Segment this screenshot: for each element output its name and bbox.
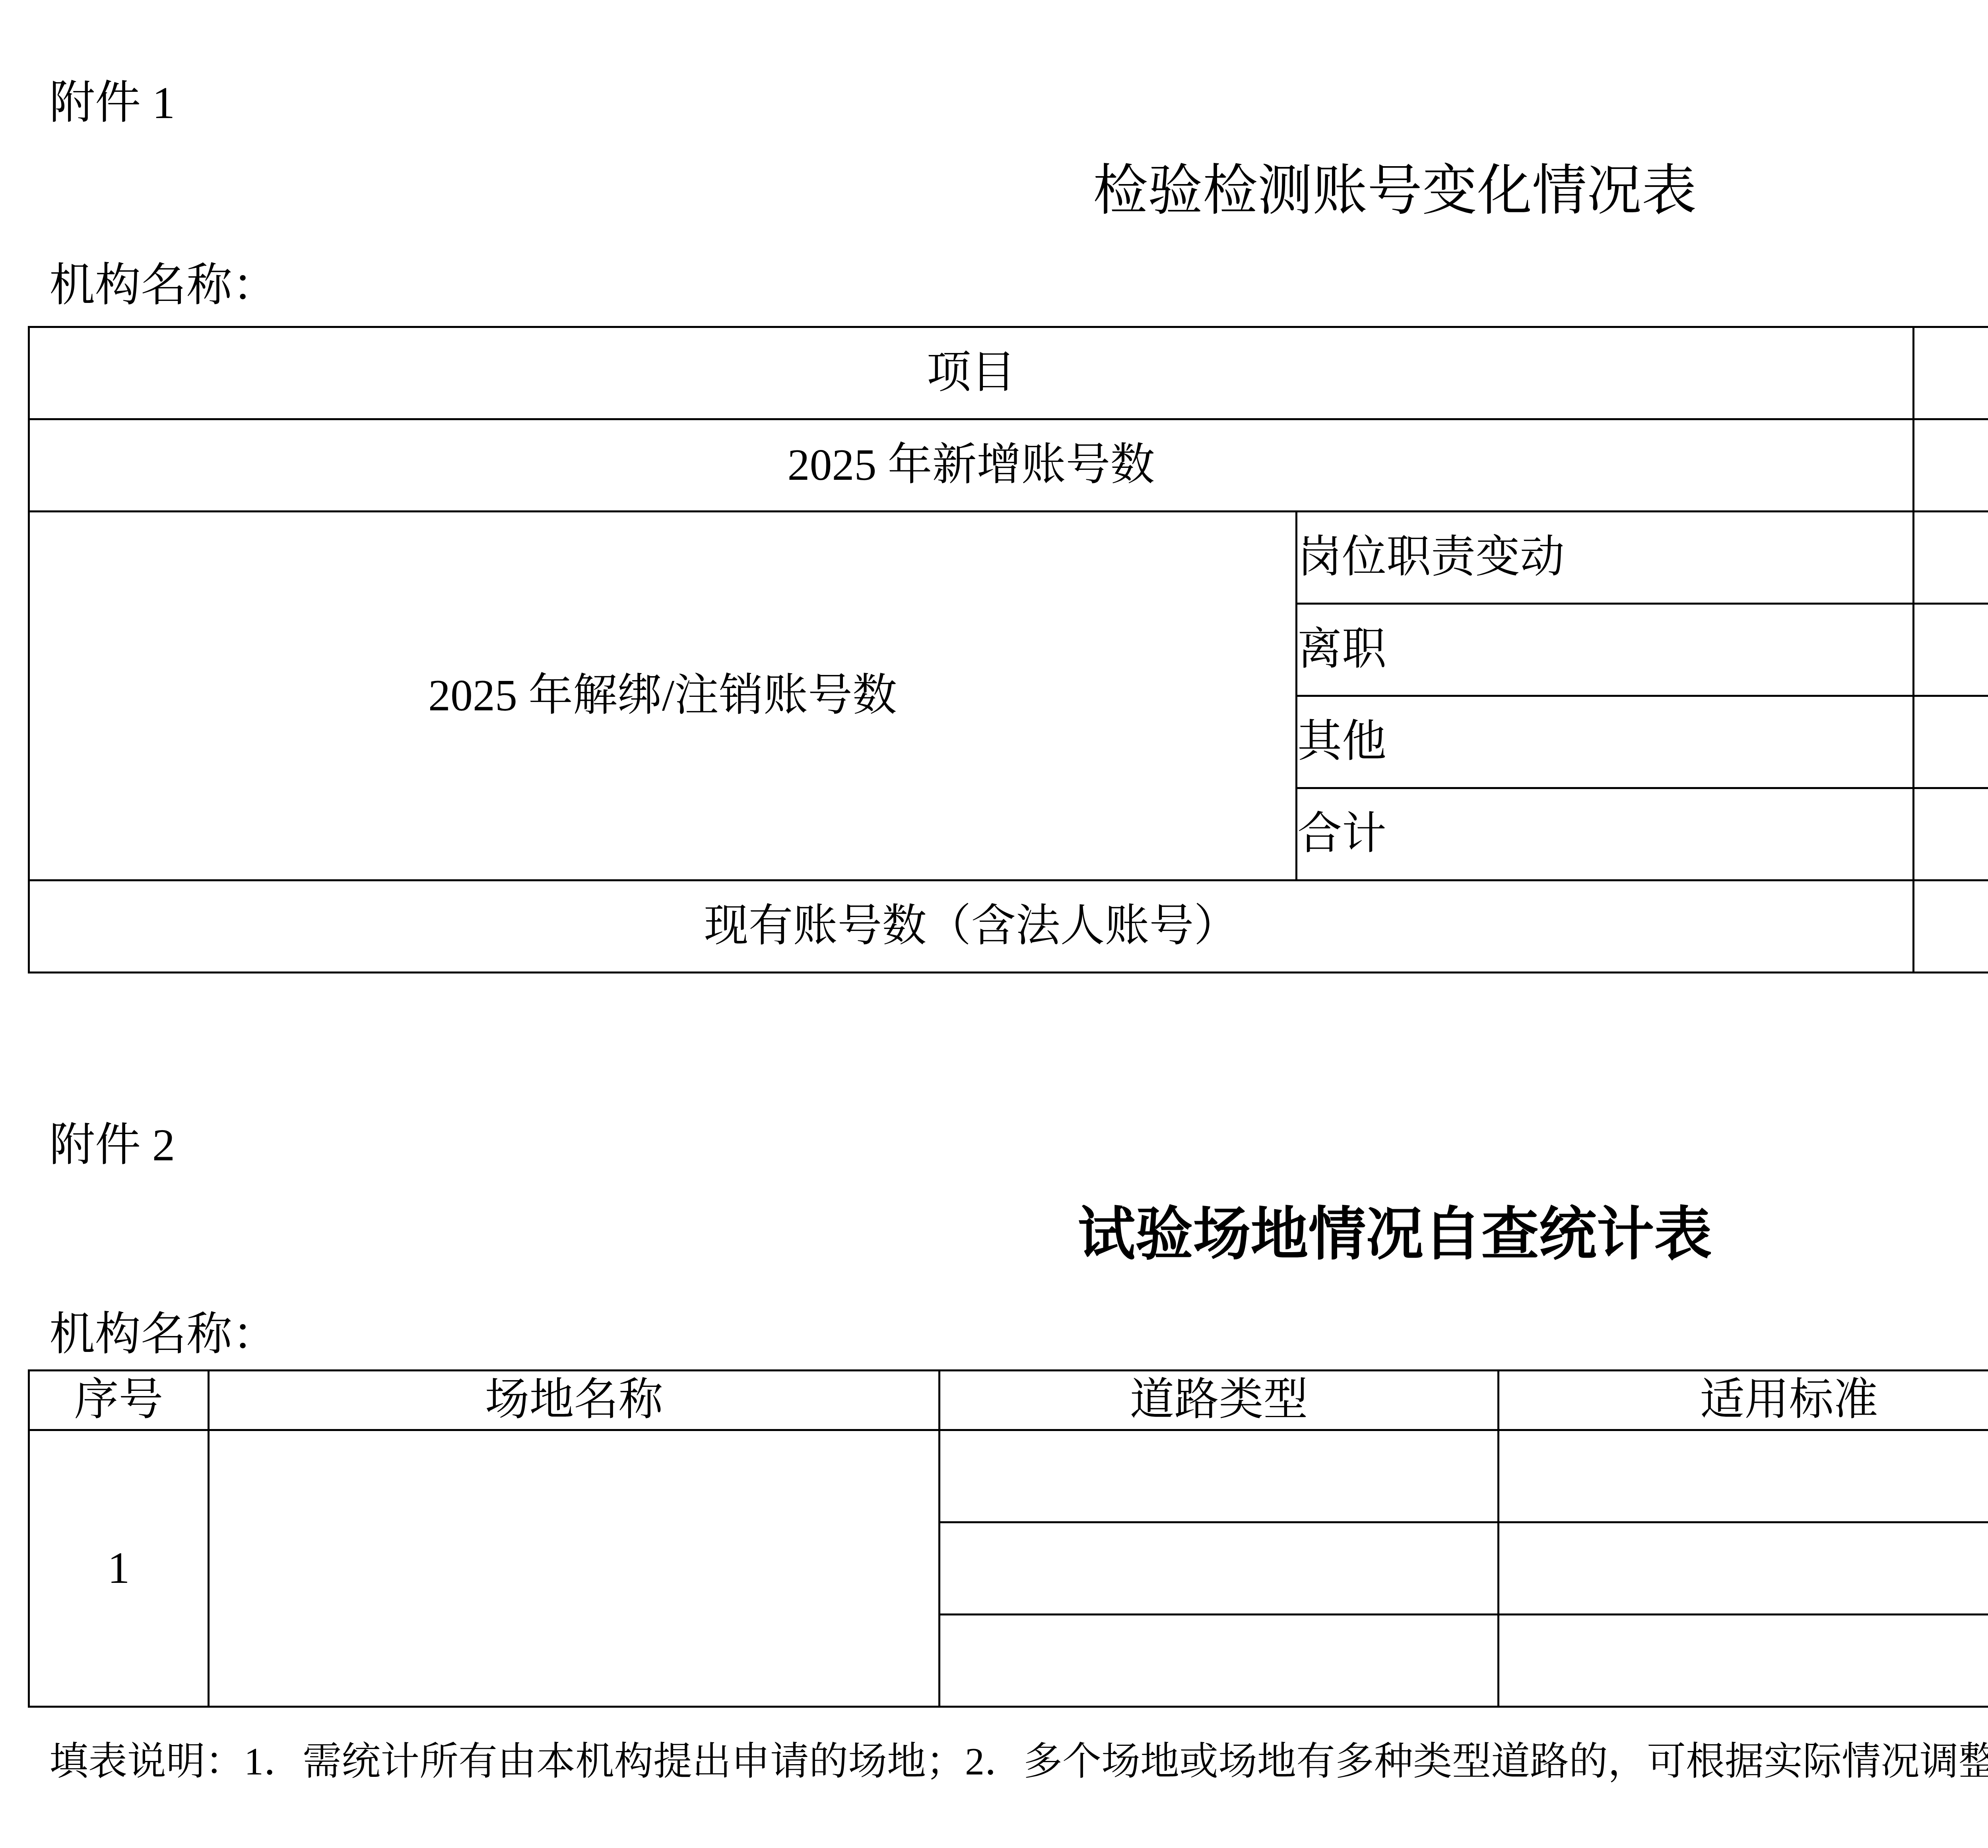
table2-title: 试验场地情况自查统计表: [0, 1204, 1988, 1267]
table1-header-row: 项目 数量（个）: [29, 327, 1988, 419]
form-instructions: 填表说明：1．需统计所有由本机构提出申请的场地；2．多个场地或场地有多种类型道路…: [49, 1739, 1988, 1784]
table1-existing-value[interactable]: [1914, 880, 1988, 973]
table2-header-road-type: 道路类型: [940, 1371, 1499, 1430]
table2-site-name-cell[interactable]: [209, 1430, 940, 1707]
table1-existing-label: 现有账号数（含法人账号）: [29, 880, 1914, 973]
table2-row-index: 1: [29, 1430, 209, 1707]
org-name-label-2: 机构名称：: [49, 1309, 278, 1360]
table1-subrow-value-resignation[interactable]: [1914, 604, 1988, 696]
table1-header-item: 项目: [29, 327, 1914, 419]
account-change-table: 项目 数量（个） 2025 年新增账号数 2025 年解绑/注销账号数 岗位职责…: [28, 326, 1988, 973]
table1-header-quantity: 数量（个）: [1914, 327, 1988, 419]
table2-road-type-cell-2[interactable]: [940, 1522, 1499, 1615]
table2-road-type-cell-1[interactable]: [940, 1430, 1499, 1522]
table1-subrow-value-position-change[interactable]: [1914, 512, 1988, 604]
table1-title: 检验检测账号变化情况表: [0, 161, 1988, 221]
table1-subrow-label-resignation: 离职: [1297, 604, 1914, 696]
table2-header-standard: 适用标准: [1499, 1371, 1988, 1430]
attachment-2-label: 附件 2: [49, 1120, 175, 1171]
test-site-table: 序号 场地名称 道路类型 适用标准 2025 年场地记录上传量（条） 1: [28, 1369, 1988, 1708]
table1-new-accounts-value[interactable]: [1914, 419, 1988, 512]
table2-header-row: 序号 场地名称 道路类型 适用标准 2025 年场地记录上传量（条）: [29, 1371, 1988, 1430]
table2-header-index: 序号: [29, 1371, 209, 1430]
table1-subrow-label-total: 合计: [1297, 788, 1914, 880]
table1-row-new-accounts: 2025 年新增账号数: [29, 419, 1988, 512]
table2-data-row-1: 1: [29, 1430, 1988, 1522]
attachment-1-label: 附件 1: [49, 78, 175, 128]
table1-new-accounts-label: 2025 年新增账号数: [29, 419, 1914, 512]
table2-standard-cell-3[interactable]: [1499, 1615, 1988, 1707]
table1-unbind-group-label: 2025 年解绑/注销账号数: [29, 512, 1297, 880]
table2-road-type-cell-3[interactable]: [940, 1615, 1499, 1707]
table2-header-site-name: 场地名称: [209, 1371, 940, 1430]
table1-subrow-label-other: 其他: [1297, 696, 1914, 788]
table2-standard-cell-1[interactable]: [1499, 1430, 1988, 1522]
table2-standard-cell-2[interactable]: [1499, 1522, 1988, 1615]
table1-subrow-position-change: 2025 年解绑/注销账号数 岗位职责变动: [29, 512, 1988, 604]
table1-row-existing-accounts: 现有账号数（含法人账号）: [29, 880, 1988, 973]
table1-subrow-value-other[interactable]: [1914, 696, 1988, 788]
document-page: 附件 1 检验检测账号变化情况表 机构名称： 项目 数量（个） 2025 年新增…: [0, 0, 1988, 1848]
table1-subrow-value-total[interactable]: [1914, 788, 1988, 880]
org-name-label-1: 机构名称：: [49, 260, 278, 311]
table1-subrow-label-position-change: 岗位职责变动: [1297, 512, 1914, 604]
